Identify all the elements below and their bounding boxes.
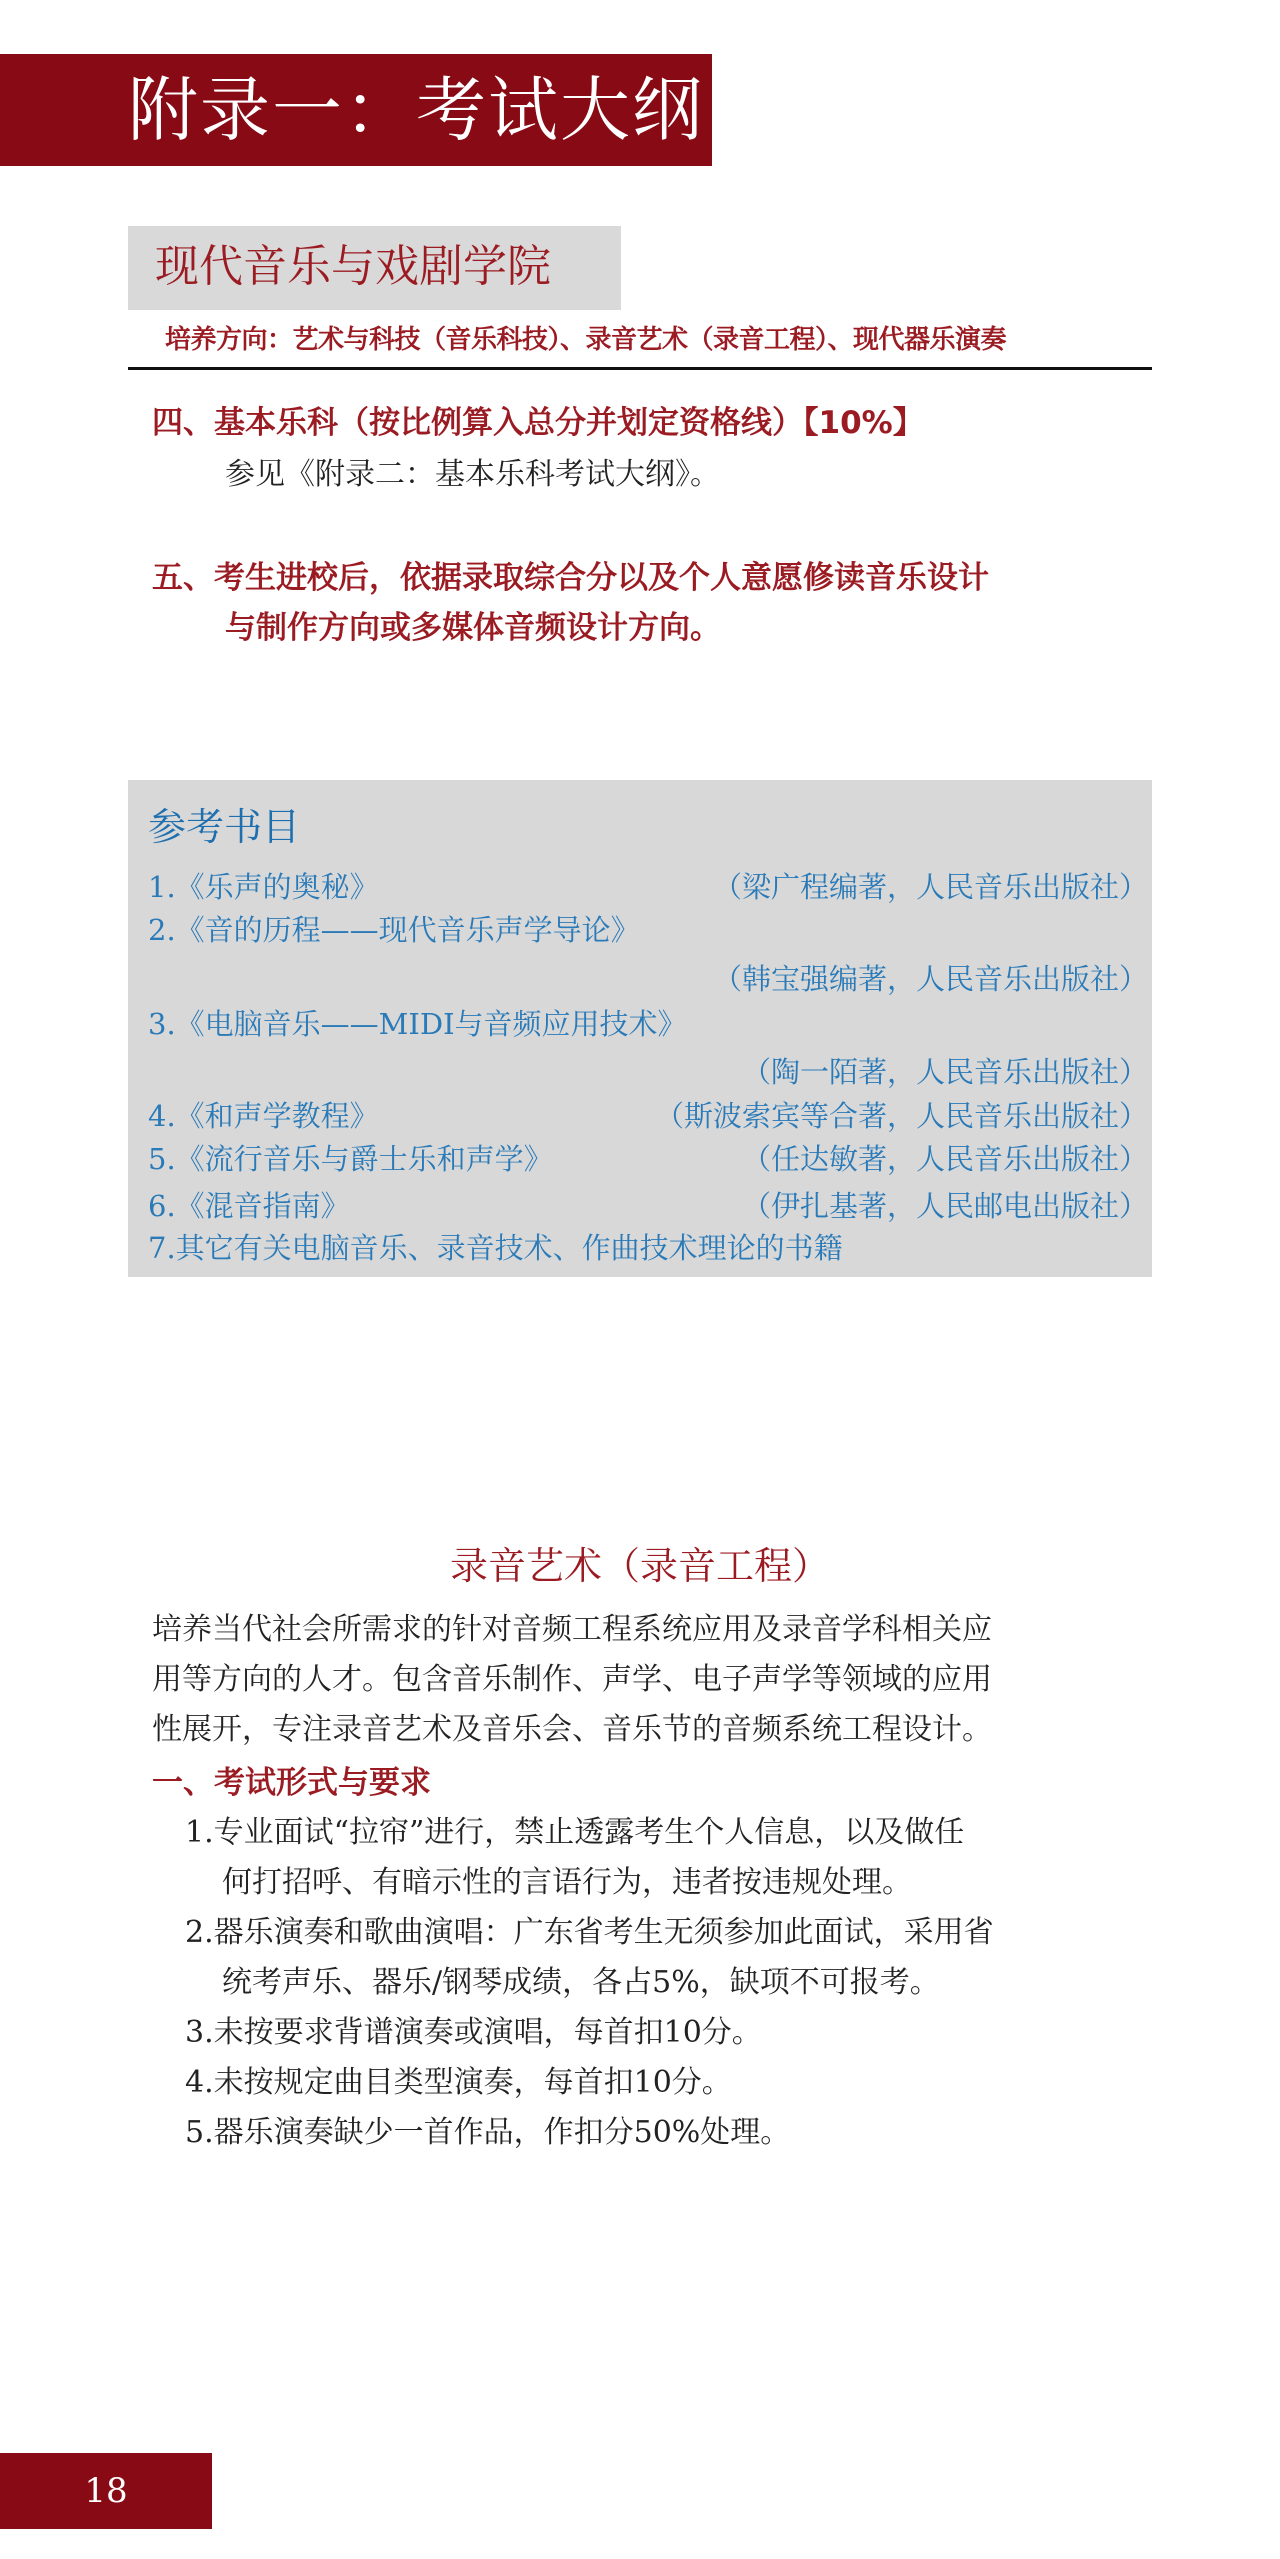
reference-item-5-author: （任达敏著，人民音乐出版社） (742, 1137, 1148, 1181)
recording-intro-line-2: 用等方向的人才。包含音乐制作、声学、电子声学等领域的应用 (152, 1655, 1142, 1705)
section-four-heading: 四、基本乐科（按比例算入总分并划定资格线）【10%】 (152, 398, 924, 448)
reference-item-3-title: 3.《电脑音乐——MIDI与音频应用技术》 (148, 1002, 687, 1046)
section-four-body: 参见《附录二：基本乐科考试大纲》。 (225, 450, 720, 500)
recording-section-title: 录音艺术（录音工程） (0, 1538, 1280, 1594)
exam-item-2-line-1: 2.器乐演奏和歌曲演唱：广东省考生无须参加此面试，采用省 (185, 1908, 994, 1958)
training-directions: 培养方向：艺术与科技（音乐科技）、录音艺术（录音工程）、现代器乐演奏 (165, 322, 1006, 358)
exam-item-5: 5.器乐演奏缺少一首作品，作扣分50%处理。 (185, 2108, 790, 2158)
reference-item-4-author: （斯波索宾等合著，人民音乐出版社） (655, 1094, 1148, 1138)
reference-item-1-author: （梁广程编著，人民音乐出版社） (713, 865, 1148, 909)
reference-item-3-author: （陶一陌著，人民音乐出版社） (742, 1050, 1148, 1094)
recording-intro: 培养当代社会所需求的针对音频工程系统应用及录音学科相关应 用等方向的人才。包含音… (152, 1605, 1142, 1755)
reference-item-5-title: 5.《流行音乐与爵士乐和声学》 (148, 1137, 553, 1181)
reference-item-6-author: （伊扎基著，人民邮电出版社） (742, 1184, 1148, 1228)
section-five-line-2: 与制作方向或多媒体音频设计方向。 (225, 603, 721, 653)
reference-item-7-title: 7.其它有关电脑音乐、录音技术、作曲技术理论的书籍 (148, 1226, 843, 1270)
reference-item-2-author: （韩宝强编著，人民音乐出版社） (713, 957, 1148, 1001)
exam-item-2-line-2: 统考声乐、器乐/钢琴成绩，各占5%，缺项不可报考。 (222, 1958, 940, 2008)
exam-item-1-line-2: 何打招呼、有暗示性的言语行为，违者按违规处理。 (222, 1858, 912, 1908)
divider (128, 367, 1152, 370)
recording-intro-line-3: 性展开，专注录音艺术及音乐会、音乐节的音频系统工程设计。 (152, 1705, 1142, 1755)
page-title: 附录一：考试大纲 (128, 64, 704, 156)
exam-item-1-line-1: 1.专业面试“拉帘”进行，禁止透露考生个人信息，以及做任 (185, 1808, 964, 1858)
exam-item-3: 3.未按要求背谱演奏或演唱，每首扣10分。 (185, 2008, 762, 2058)
section-five-line-1: 五、考生进校后，依据录取综合分以及个人意愿修读音乐设计 (152, 553, 989, 603)
recording-intro-line-1: 培养当代社会所需求的针对音频工程系统应用及录音学科相关应 (152, 1605, 1142, 1655)
exam-format-heading: 一、考试形式与要求 (152, 1758, 431, 1808)
reference-item-1-title: 1.《乐声的奥秘》 (148, 865, 379, 909)
reference-books-title: 参考书目 (148, 800, 300, 854)
reference-item-4-title: 4.《和声学教程》 (148, 1094, 379, 1138)
page-number: 18 (0, 2453, 212, 2529)
reference-item-2-title: 2.《音的历程——现代音乐声学导论》 (148, 908, 640, 952)
exam-item-4: 4.未按规定曲目类型演奏，每首扣10分。 (185, 2058, 732, 2108)
reference-item-6-title: 6.《混音指南》 (148, 1184, 350, 1228)
college-name: 现代音乐与戏剧学院 (155, 234, 551, 300)
